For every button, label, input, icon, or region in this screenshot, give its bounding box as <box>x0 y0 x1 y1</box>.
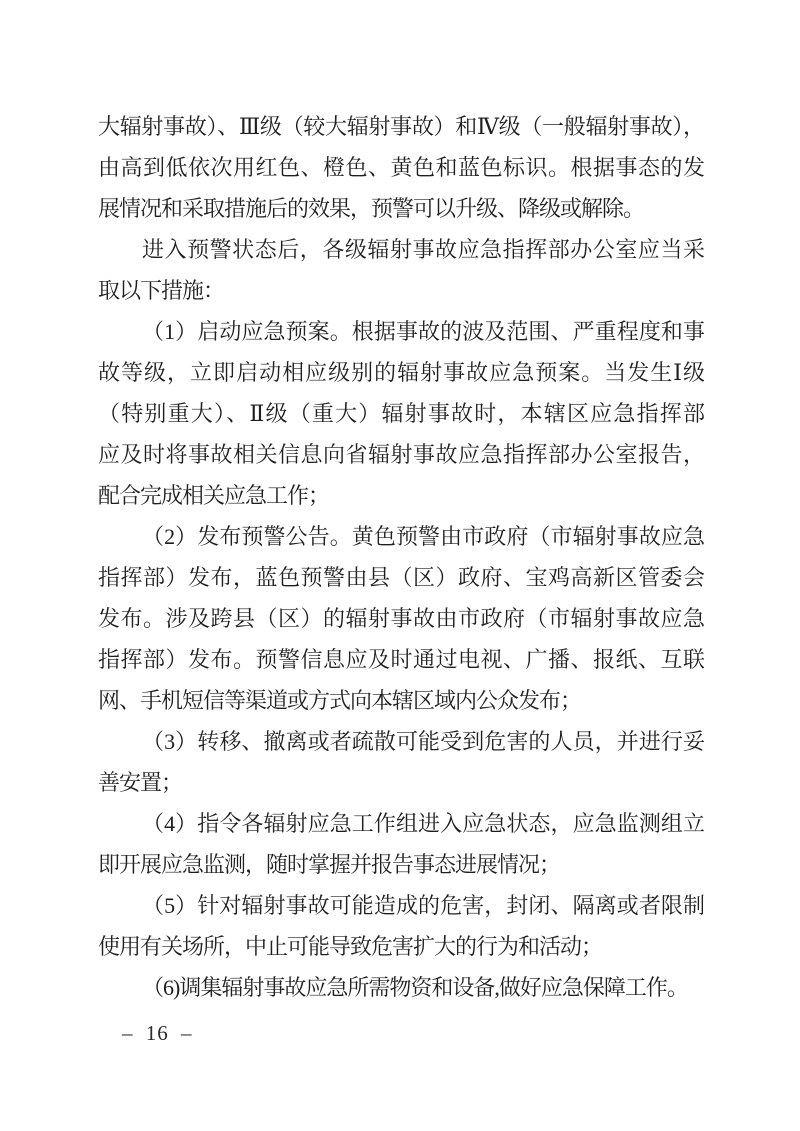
text-line: 使用有关场所，中止可能导致危害扩大的行为和活动； <box>98 926 704 967</box>
text-line: （5）针对辐射事故可能造成的危害，封闭、隔离或者限制 <box>98 885 704 926</box>
text-line: 故等级，立即启动相应级别的辐射事故应急预案。当发生Ⅰ级 <box>98 352 704 393</box>
document-body: 大辐射事故）、Ⅲ级（较大辐射事故）和Ⅳ级（一般辐射事故）， 由高到低依次用红色、… <box>98 106 704 1008</box>
text-line: 配合完成相关应急工作； <box>98 475 704 516</box>
text-line: （特别重大）、Ⅱ级（重大）辐射事故时，本辖区应急指挥部 <box>98 393 704 434</box>
text-line: 指挥部）发布，蓝色预警由县（区）政府、宝鸡高新区管委会 <box>98 557 704 598</box>
document-page: 大辐射事故）、Ⅲ级（较大辐射事故）和Ⅳ级（一般辐射事故）， 由高到低依次用红色、… <box>0 0 800 1131</box>
text-line: 由高到低依次用红色、橙色、黄色和蓝色标识。根据事态的发 <box>98 147 704 188</box>
text-line: （1）启动应急预案。根据事故的波及范围、严重程度和事 <box>98 311 704 352</box>
text-line: （3）转移、撤离或者疏散可能受到危害的人员，并进行妥 <box>98 721 704 762</box>
text-line: 网、手机短信等渠道或方式向本辖区域内公众发布； <box>98 680 704 721</box>
text-line: 应及时将事故相关信息向省辐射事故应急指挥部办公室报告， <box>98 434 704 475</box>
text-line: （4）指令各辐射应急工作组进入应急状态，应急监测组立 <box>98 803 704 844</box>
text-line: 善安置； <box>98 762 704 803</box>
text-line: 展情况和采取措施后的效果，预警可以升级、降级或解除。 <box>98 188 704 229</box>
text-line: （6)调集辐射事故应急所需物资和设备,做好应急保障工作。 <box>98 967 704 1008</box>
text-line: 指挥部）发布。预警信息应及时通过电视、广播、报纸、互联 <box>98 639 704 680</box>
text-line: 进入预警状态后，各级辐射事故应急指挥部办公室应当采 <box>98 229 704 270</box>
text-line: 取以下措施： <box>98 270 704 311</box>
text-line: 大辐射事故）、Ⅲ级（较大辐射事故）和Ⅳ级（一般辐射事故）， <box>98 106 704 147</box>
text-line: （2）发布预警公告。黄色预警由市政府（市辐射事故应急 <box>98 516 704 557</box>
page-number: – 16 – <box>122 1020 193 1046</box>
text-line: 即开展应急监测，随时掌握并报告事态进展情况； <box>98 844 704 885</box>
text-line: 发布。涉及跨县（区）的辐射事故由市政府（市辐射事故应急 <box>98 598 704 639</box>
